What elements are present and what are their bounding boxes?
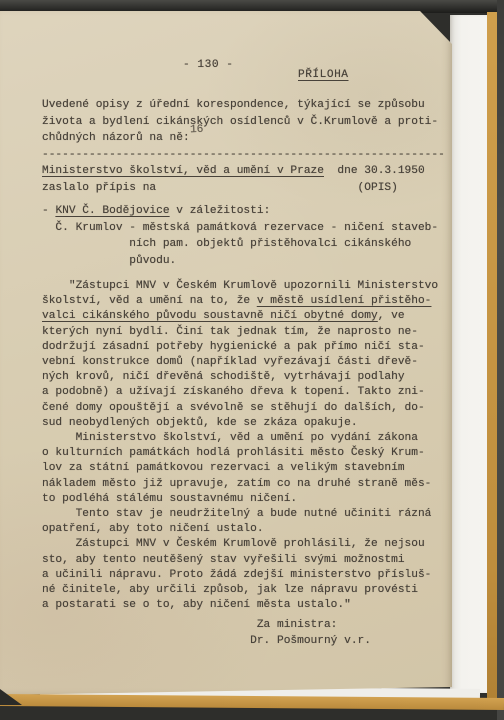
text-line: - KNV Č. Bodějovice v záležitosti: — [42, 203, 454, 220]
block-letter-head: Ministerstvo školství, věd a umění v Pra… — [42, 163, 454, 196]
text-line: dodržují zásadní potřeby hygienické a pa… — [42, 340, 454, 355]
text-line: Ministerstvo školství, věd a umění po vy… — [42, 431, 454, 446]
block-body: "Zástupci MNV v Českém Krumlově upozorni… — [42, 279, 454, 613]
block-subject: - KNV Č. Bodějovice v záležitosti: Č. Kr… — [42, 203, 454, 269]
text-line: čené domy opouštějí a svévolně se stěhuj… — [42, 401, 454, 416]
text-line: Za ministra: — [42, 618, 454, 633]
scanned-document-photo: - 130 - PŘÍLOHA 16 Uvedené opisy z úředn… — [0, 0, 504, 720]
text-line: a podobně) a užívají získaného dřeva k t… — [42, 385, 454, 400]
block-signature: Za ministra: Dr. Pošmourný v.r. — [42, 618, 454, 648]
text-line: o kulturních památkách hodlá prohlásiti … — [42, 446, 454, 461]
text-line: ních pam. objektů přistěhovalci cikánské… — [42, 236, 454, 253]
next-page-edge — [450, 15, 488, 693]
text-line: Dr. Pošmourný v.r. — [42, 634, 454, 649]
text-line: vební konstrukce domů (například vyřezáv… — [42, 355, 454, 370]
text-line: to podléhá stálému soustavnému ničení. — [42, 492, 454, 507]
page-number: - 130 - — [183, 59, 234, 71]
text-line: sud neobydlených objektů, kde se zkáza o… — [42, 416, 454, 431]
text-line: Zástupci MNV v Českém Krumlově prohlásil… — [42, 537, 454, 552]
document-text: Uvedené opisy z úřední korespondence, tý… — [42, 97, 454, 649]
text-line: sto, aby tento neutěšený stav vyřešili s… — [42, 553, 454, 568]
text-line: nákladem město již upravuje, zatím co na… — [42, 477, 454, 492]
text-line: opatření, aby toto ničení ustalo. — [42, 522, 454, 537]
text-line: valci cikánského původu soustavně ničí o… — [42, 309, 454, 324]
text-line: a učinili nápravu. Proto žádá zdejší min… — [42, 568, 454, 583]
block-intro: Uvedené opisy z úřední korespondence, tý… — [42, 97, 454, 163]
text-line: Ministerstvo školství, věd a umění v Pra… — [42, 163, 454, 180]
text-line: Č. Krumlov - městská památková rezervace… — [42, 220, 454, 237]
text-line: zaslalo přípis na (OPIS) — [42, 180, 454, 197]
text-line: "Zástupci MNV v Českém Krumlově upozorni… — [42, 279, 454, 294]
text-line: školství, věd a umění na to, že v městě … — [42, 294, 454, 309]
text-line: Uvedené opisy z úřední korespondence, tý… — [42, 97, 454, 114]
text-line: života a bydlení cikánských osídlenců v … — [42, 114, 454, 131]
scan-background-right — [497, 0, 504, 720]
text-line: původu. — [42, 253, 454, 270]
book-cover-edge-right — [487, 12, 497, 706]
annex-label: PŘÍLOHA — [298, 69, 349, 81]
text-line: a postarati se o to, aby ničení města us… — [42, 598, 454, 613]
text-line: chůdných názorů na ně: — [42, 130, 454, 147]
text-line: kterých nyní bydlí. Činí tak jednak tím,… — [42, 325, 454, 340]
text-line: ----------------------------------------… — [42, 147, 454, 164]
text-line: lov za státní památkovou rezervaci a vel… — [42, 461, 454, 476]
text-line: Tento stav je neudržitelný a bude nutné … — [42, 507, 454, 522]
text-line: ných krovů, ničí dřevěná schodiště, vytr… — [42, 370, 454, 385]
text-line: né činitele, aby určili způsob, jak lze … — [42, 583, 454, 598]
